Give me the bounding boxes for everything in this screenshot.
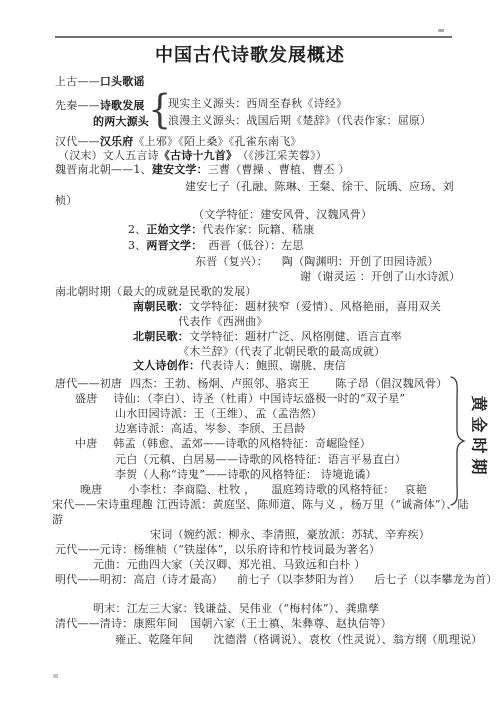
text-segment: 北朝民歌：: [133, 330, 189, 344]
text-segment: 诗歌发展: [100, 99, 145, 113]
text-line: 南北朝时期（最大的成就是民歌的发展）: [55, 285, 257, 299]
text-segment: （文学特征：建安风骨、汉魏风骨）: [193, 208, 372, 222]
text-line: 李贺（人称“诗鬼”——诗歌的风格特征： 诗境诡谲）: [115, 468, 377, 482]
text-line: 建安七子（孔融、陈琳、王粲、徐干、阮瑀、应玚、刘: [185, 180, 454, 194]
text-line: 元曲：元曲四大家（关汉卿、郑光祖、马致远和白朴 ）: [93, 558, 366, 572]
text-segment: 东晋（复兴）：: [195, 255, 268, 269]
text-segment: 诗仙：（李白）、诗圣（杜甫）中国诗坛盛极一时的“双子星”: [113, 392, 405, 406]
text-line: 浪漫主义源头：战国后期《楚辞》（代表作家：屈原）: [168, 114, 431, 128]
golden-era-brace-icon: [448, 374, 466, 508]
text-line: 魏晋南北朝——1、建安文学：三曹（曹操 、曹植、曹丕 ）: [55, 163, 350, 177]
text-segment: 宋词（婉约派：柳永、李清照，豪放派：苏轼、辛弃疾）: [150, 528, 430, 542]
text-segment: 国朝六家（王士禛、朱彝尊、赵执信等）: [190, 617, 392, 631]
text-line: 宋代——宋诗重理趣 江西诗派：黄庭坚、陈师道、陈与义 ，杨万里（“诚斋体”）、陆: [52, 498, 469, 512]
text-segment: 唐代——初唐: [55, 377, 122, 391]
text-segment: 2、: [128, 223, 146, 237]
text-segment: 边塞诗派：高适、岑参、李颀、王昌龄: [115, 422, 305, 436]
text-segment: 《木兰辞》（代表了北朝民歌的最高成就）: [178, 345, 385, 359]
text-segment: 先秦——: [55, 99, 100, 113]
text-segment: 文学特征：题材狭窄（爱情）、风格艳丽，喜用双关: [189, 300, 441, 314]
text-line: 元代——元诗：杨维桢（“铁崖体”，以乐府诗和竹枝词最为著名）: [55, 543, 380, 557]
golden-era-label: 黄金时期: [471, 395, 488, 481]
text-segment: 浪漫主义源头：战国后期《楚辞》（代表作家：屈原）: [168, 114, 431, 128]
text-segment: 雍正、乾隆年间: [115, 633, 193, 647]
text-line: 边塞诗派：高适、岑参、李颀、王昌龄: [115, 422, 305, 436]
text-segment: 元白（元稹、白居易——诗歌的风格特征：语言平易直白）: [115, 453, 406, 467]
text-line: 文人诗创作：代表诗人：鲍照、谢朓、庚信: [133, 359, 346, 373]
text-segment: 哀艳: [405, 483, 427, 497]
text-line: 北朝民歌：文学特征：题材广泛、风格刚健、语言直率: [133, 330, 402, 344]
text-segment: 现实主义源头：西周至春秋《诗经》: [168, 97, 347, 111]
text-line: 明代——明初：高启（诗才最高）前七子（以李梦阳为首）后七子（以李攀龙为首）: [55, 573, 497, 587]
text-line: 3、两晋文学：西晋（低谷）：左思: [128, 239, 304, 253]
text-segment: 三曹（曹操 、曹植、曹丕 ）: [208, 163, 350, 177]
scan-artifact-top: [438, 29, 444, 32]
text-line: 上古——口头歌谣: [55, 75, 145, 89]
text-line: 2、正始文学：代表作家：阮籍、嵇康: [128, 223, 314, 237]
text-segment: 两晋文学：: [146, 239, 202, 253]
text-line: 游: [52, 513, 63, 527]
text-segment: 汉乐府: [100, 135, 134, 149]
text-line: 山水田园诗派：王（王维）、孟（孟浩然）: [115, 407, 322, 421]
text-line: 盛唐诗仙：（李白）、诗圣（杜甫）中国诗坛盛极一时的“双子星”: [75, 392, 405, 406]
text-line: 宋词（婉约派：柳永、李清照，豪放派：苏轼、辛弃疾）: [150, 528, 430, 542]
text-segment: 汉代——: [55, 135, 100, 149]
text-segment: 谢（谢灵运 ：开创了山水诗派）: [300, 270, 461, 284]
text-line: 清代——清诗：康熙年间国朝六家（王士禛、朱彝尊、赵执信等）: [55, 617, 392, 631]
text-segment: 口头歌谣: [100, 75, 145, 89]
text-segment: 魏晋南北朝——1、: [55, 163, 152, 177]
text-line: 雍正、乾隆年间沈德潜（格调说）、袁枚（性灵说）、翁方纲（肌理说）: [115, 633, 482, 647]
text-segment: 西晋（低谷）：左思: [208, 239, 303, 253]
text-segment: 沈德潜（格调说）、袁枚（性灵说）、翁方纲（肌理说）: [213, 633, 482, 647]
text-segment: 山水田园诗派：王（王维）、孟（孟浩然）: [115, 407, 322, 421]
text-segment: 代表作家：阮籍、嵇康: [202, 223, 314, 237]
page-title: 中国古代诗歌发展概述: [0, 41, 500, 67]
text-segment: 四杰：王勃、杨炯、卢照邻、骆宾王: [130, 377, 309, 391]
text-segment: 中唐: [75, 437, 97, 451]
text-line: （汉末）文人五言诗《古诗十九首》（《涉江采芙蓉》）: [58, 149, 327, 163]
text-segment: 元代——元诗：杨维桢（“铁崖体”，以乐府诗和竹枝词最为著名）: [55, 543, 380, 557]
text-segment: 游: [52, 513, 63, 527]
text-line: 《木兰辞》（代表了北朝民歌的最高成就）: [178, 345, 385, 359]
text-segment: 元曲：元曲四大家（关汉卿、郑光祖、马致远和白朴 ）: [93, 558, 366, 572]
text-segment: 盛唐: [75, 392, 97, 406]
two-sources-brace-icon: {: [148, 89, 171, 131]
text-line: 中唐韩孟（韩愈、孟郊——诗歌的风格特征：奇崛险怪）: [75, 437, 371, 451]
document-page: 中国古代诗歌发展概述 上古——口头歌谣先秦——诗歌发展的两大源头现实主义源头：西…: [0, 0, 500, 707]
text-segment: （汉末）文人五言诗: [58, 149, 159, 163]
text-segment: 桢）: [55, 194, 77, 208]
text-line: 南朝民歌：文学特征：题材狭窄（爱情）、风格艳丽，喜用双关: [133, 300, 441, 314]
text-segment: 代表作《西洲曲》: [178, 315, 268, 329]
text-segment: 建安文学：: [152, 163, 208, 177]
text-line: 谢（谢灵运 ：开创了山水诗派）: [300, 270, 461, 284]
text-segment: 上古——: [55, 75, 100, 89]
text-segment: 前七子（以李梦阳为首）: [237, 573, 360, 587]
text-line: 晚唐小李杜：李商隐、杜牧 ，温庭筠诗歌的风格特征：哀艳: [80, 483, 427, 497]
text-line: 唐代——初唐四杰：王勃、杨炯、卢照邻、骆宾王陈子昂（倡汉魏风骨）: [55, 377, 447, 391]
text-segment: 明代——明初：高启（诗才最高）: [55, 573, 223, 587]
text-segment: （《涉江采芙蓉》）: [237, 149, 327, 163]
text-segment: 韩孟（韩愈、孟郊——诗歌的风格特征：奇崛险怪）: [113, 437, 371, 451]
text-segment: 宋代——宋诗重理趣 江西诗派：黄庭坚、陈师道、陈与义 ，杨万里（“诚斋体”）、陆: [52, 498, 469, 512]
text-segment: 代表诗人：鲍照、谢朓、庚信: [200, 359, 346, 373]
text-line: 东晋（复兴）：陶（陶渊明：开创了田园诗派）: [195, 255, 439, 269]
text-line: 汉代——汉乐府《上邪》《陌上桑》《孔雀东南飞》: [55, 135, 302, 149]
text-segment: 《上邪》《陌上桑》《孔雀东南飞》: [133, 135, 301, 149]
text-segment: 陈子昂（倡汉魏风骨）: [335, 377, 447, 391]
text-line: 先秦——诗歌发展: [55, 99, 145, 113]
text-segment: 温庭筠诗歌的风格特征：: [271, 483, 394, 497]
text-line: 元白（元稹、白居易——诗歌的风格特征：语言平易直白）: [115, 453, 406, 467]
text-segment: 李贺（人称“诗鬼”——诗歌的风格特征： 诗境诡谲）: [115, 468, 377, 482]
text-line: （文学特征：建安风骨、汉魏风骨）: [193, 208, 372, 222]
text-segment: 南朝民歌：: [133, 300, 189, 314]
text-line: 桢）: [55, 194, 77, 208]
text-segment: 南北朝时期（最大的成就是民歌的发展）: [55, 285, 257, 299]
scan-artifact-bottom: [53, 674, 58, 678]
text-line: 明末：江左三大家：钱谦益、吴伟业（“梅村体”）、龚鼎孳: [93, 602, 379, 616]
header-rule: [55, 36, 452, 38]
text-segment: 文人诗创作：: [133, 359, 200, 373]
text-segment: 陶（陶渊明：开创了田园诗派）: [282, 255, 439, 269]
text-segment: 明末：江左三大家：钱谦益、吴伟业（“梅村体”）、龚鼎孳: [93, 602, 379, 616]
text-segment: 《古诗十九首》: [159, 149, 237, 163]
text-segment: 的两大源头: [93, 115, 149, 129]
text-line: 代表作《西洲曲》: [178, 315, 268, 329]
text-segment: 文学特征：题材广泛、风格刚健、语言直率: [189, 330, 402, 344]
text-segment: 建安七子（孔融、陈琳、王粲、徐干、阮瑀、应玚、刘: [185, 180, 454, 194]
text-segment: 后七子（以李攀龙为首）: [374, 573, 497, 587]
text-segment: 3、: [128, 239, 146, 253]
text-line: 的两大源头: [93, 115, 149, 129]
text-segment: 小李杜：李商隐、杜牧 ，: [128, 483, 255, 497]
text-segment: 正始文学：: [146, 223, 202, 237]
text-line: 现实主义源头：西周至春秋《诗经》: [168, 97, 347, 111]
text-segment: 清代——清诗：康熙年间: [55, 617, 178, 631]
text-segment: 晚唐: [80, 483, 102, 497]
